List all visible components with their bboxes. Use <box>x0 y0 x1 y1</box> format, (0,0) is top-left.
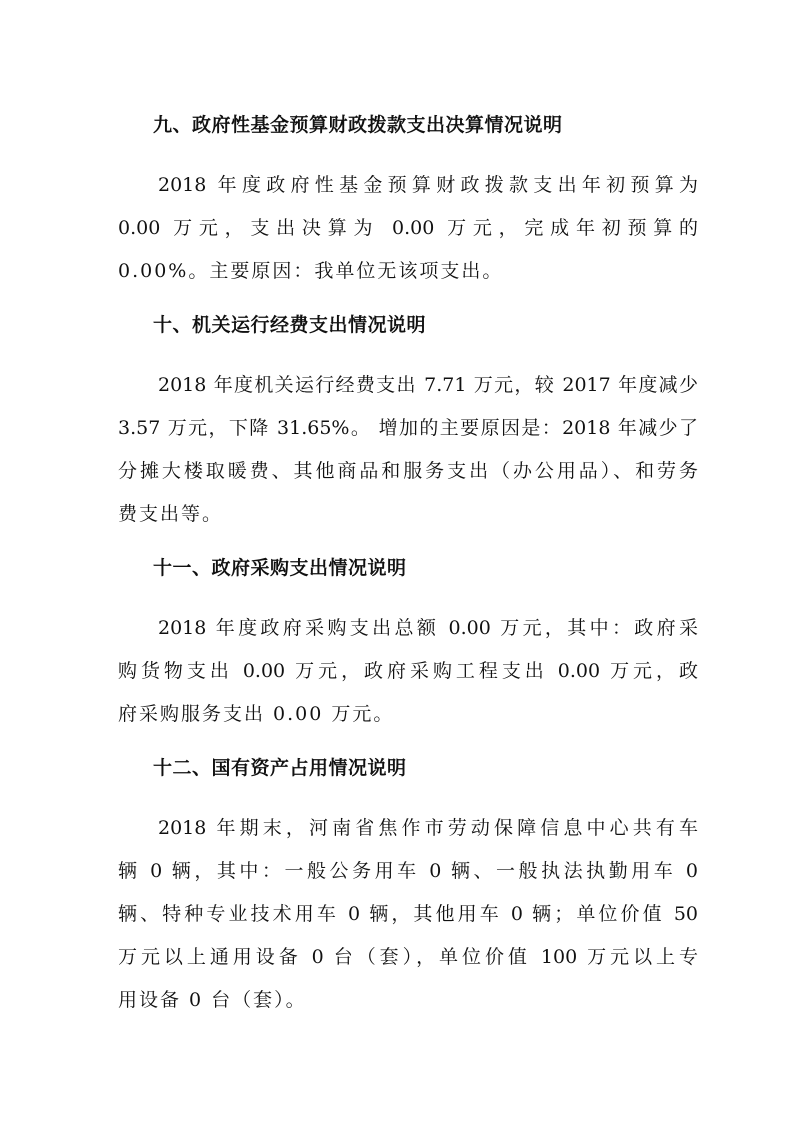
paragraph-line: 0.00 万元，支出决算为 0.00 万元，完成年初预算的 <box>118 213 698 240</box>
paragraph-line: 分摊大楼取暖费、其他商品和服务支出（办公用品）、和劳务 <box>118 456 698 483</box>
section-heading-12: 十二、国有资产占用情况说明 <box>153 753 407 780</box>
paragraph-line: 费支出等。 <box>118 499 223 526</box>
paragraph-line: 购货物支出 0.00 万元，政府采购工程支出 0.00 万元，政 <box>118 656 698 683</box>
paragraph-line: 府采购服务支出 0.00 万元。 <box>118 699 394 726</box>
paragraph-line: 0.00%。主要原因：我单位无该项支出。 <box>118 256 503 283</box>
section-heading-10: 十、机关运行经费支出情况说明 <box>153 310 426 337</box>
paragraph-line: 用设备 0 台（套）。 <box>118 985 307 1012</box>
paragraph-line: 辆 0 辆，其中：一般公务用车 0 辆、一般执法执勤用车 0 <box>118 856 698 883</box>
document-page: 九、政府性基金预算财政拨款支出决算情况说明 2018 年度政府性基金预算财政拨款… <box>0 0 794 1123</box>
paragraph-line: 万元以上通用设备 0 台（套），单位价值 100 万元以上专 <box>118 942 698 969</box>
paragraph-line: 2018 年度政府采购支出总额 0.00 万元，其中：政府采 <box>158 613 698 640</box>
section-heading-11: 十一、政府采购支出情况说明 <box>153 553 407 580</box>
paragraph-line: 辆、特种专业技术用车 0 辆，其他用车 0 辆；单位价值 50 <box>118 899 698 926</box>
paragraph-line: 2018 年度机关运行经费支出 7.71 万元，较 2017 年度减少 <box>158 370 698 397</box>
paragraph-line: 2018 年度政府性基金预算财政拨款支出年初预算为 <box>158 170 698 197</box>
section-heading-9: 九、政府性基金预算财政拨款支出决算情况说明 <box>153 110 563 137</box>
paragraph-line: 2018 年期末，河南省焦作市劳动保障信息中心共有车 <box>158 813 698 840</box>
paragraph-line: 3.57 万元，下降 31.65%。 增加的主要原因是：2018 年减少了 <box>118 413 698 440</box>
